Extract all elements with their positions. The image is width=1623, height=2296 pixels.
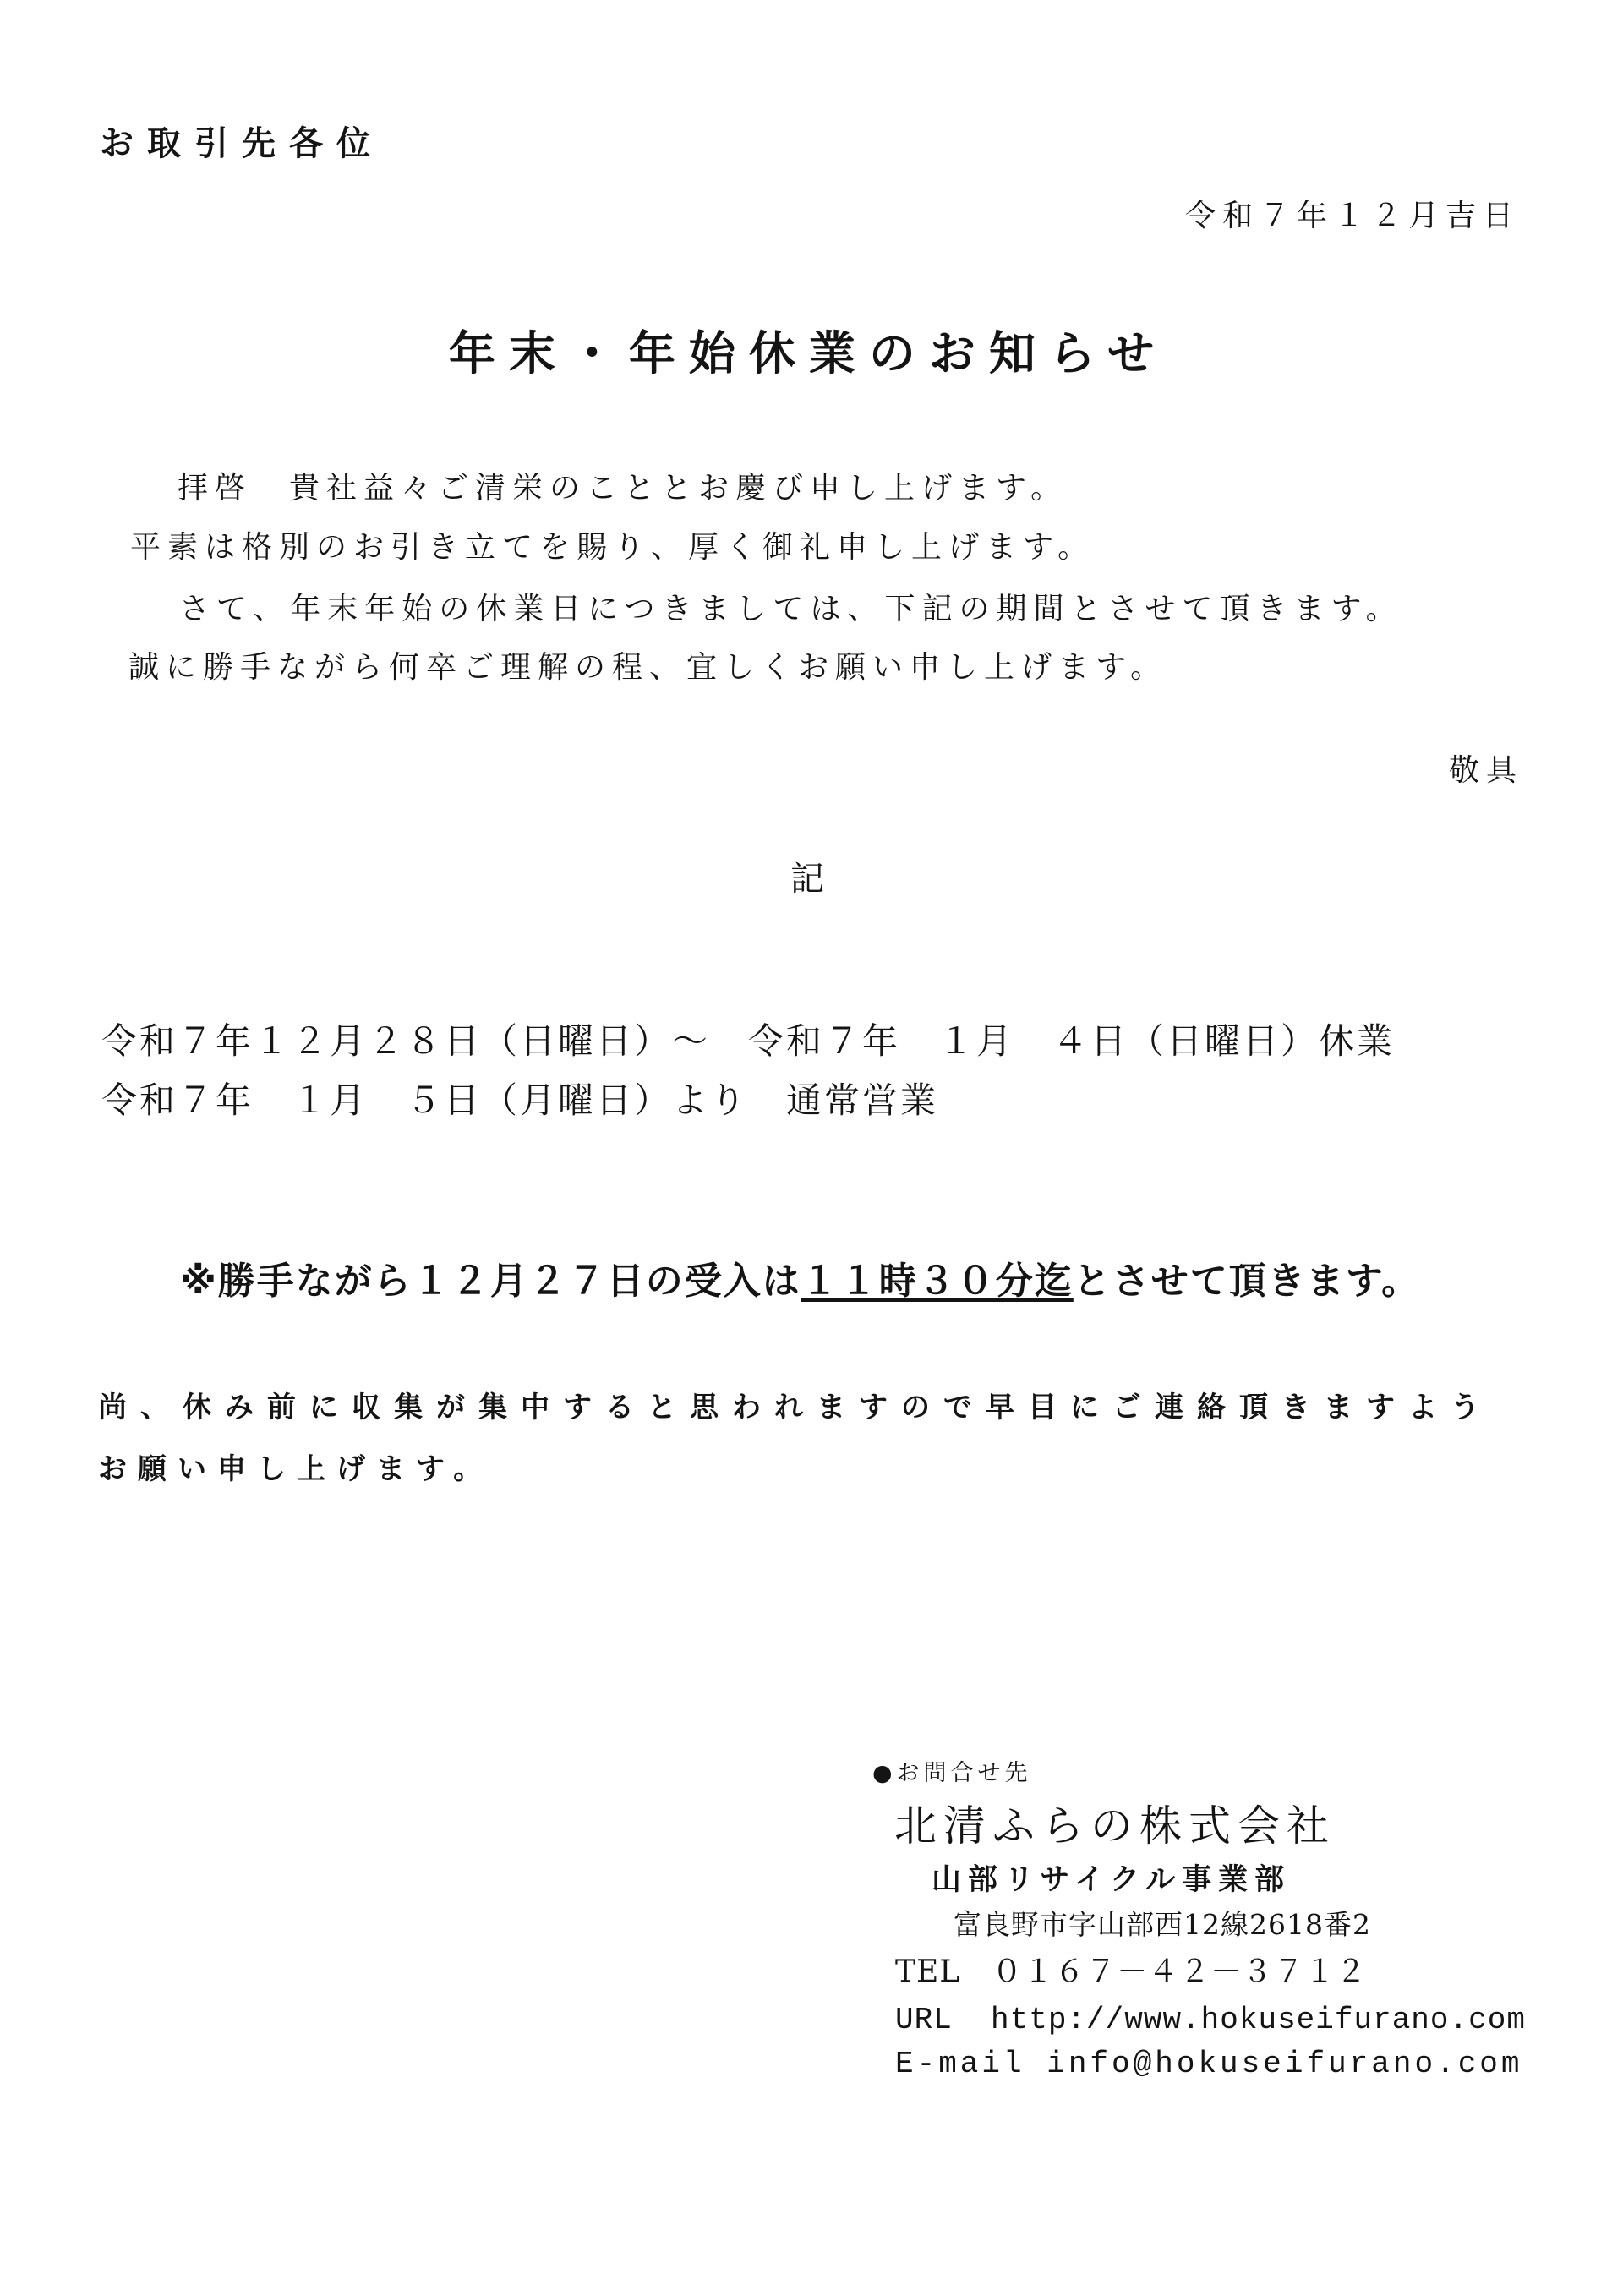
salutation: お取引先各位 [100, 127, 384, 161]
body-line: 平素は格別のお引き立てを賜り、厚く御礼申し上げます。 [130, 533, 1095, 563]
phone-number: TEL ０１６７－４２－３７１２ [895, 1957, 1367, 1987]
request-line: 尚、休み前に収集が集中すると思われますので早目にご連絡頂きますよう [98, 1393, 1493, 1422]
address: 富良野市字山部西12線2618番2 [954, 1911, 1371, 1938]
acceptance-notice: ※勝手ながら１２月２７日の受入は１１時３０分迄とさせて頂きます。 [180, 1263, 1420, 1300]
document-title-text: 年末・年始休業のお知らせ [449, 331, 1167, 377]
document-title: 年末・年始休業のお知らせ [0, 331, 1623, 377]
request-line: お願い申し上げます。 [98, 1455, 493, 1484]
notice-prefix: ※勝手ながら１２月２７日の受入は [180, 1260, 801, 1303]
issue-date: 令和７年１２月吉日 [1185, 201, 1520, 232]
notice-suffix: とさせて頂きます。 [1074, 1260, 1420, 1303]
closing-remark: 敬具 [1449, 756, 1523, 786]
resume-date: 令和７年 １月 ５日（月曜日）より 通常営業 [101, 1083, 938, 1118]
body-line: さて、年末年始の休業日につきましては、下記の期間とさせて頂きます。 [179, 594, 1403, 625]
contact-label: ●お問合せ先 [872, 1762, 1032, 1785]
body-line: 誠に勝手ながら何卒ご理解の程、宜しくお願い申し上げます。 [128, 653, 1167, 683]
department-name: 山部リサイクル事業部 [932, 1866, 1291, 1895]
holiday-period: 令和７年１２月２８日（日曜日）～ 令和７年 １月 ４日（日曜日）休業 [101, 1024, 1395, 1059]
website-url[interactable]: URL http://www.hokuseifurano.com [895, 2005, 1526, 2036]
ki-heading: 記 [0, 862, 1623, 896]
notice-cutoff-time: １１時３０分迄 [801, 1260, 1074, 1303]
body-line: 拝啓 貴社益々ご清栄のこととお慶び申し上げます。 [178, 473, 1068, 504]
company-name: 北清ふらの株式会社 [894, 1805, 1336, 1847]
ki-heading-text: 記 [790, 860, 824, 899]
email-address[interactable]: E-mail info@hokuseifurano.com [895, 2049, 1523, 2080]
